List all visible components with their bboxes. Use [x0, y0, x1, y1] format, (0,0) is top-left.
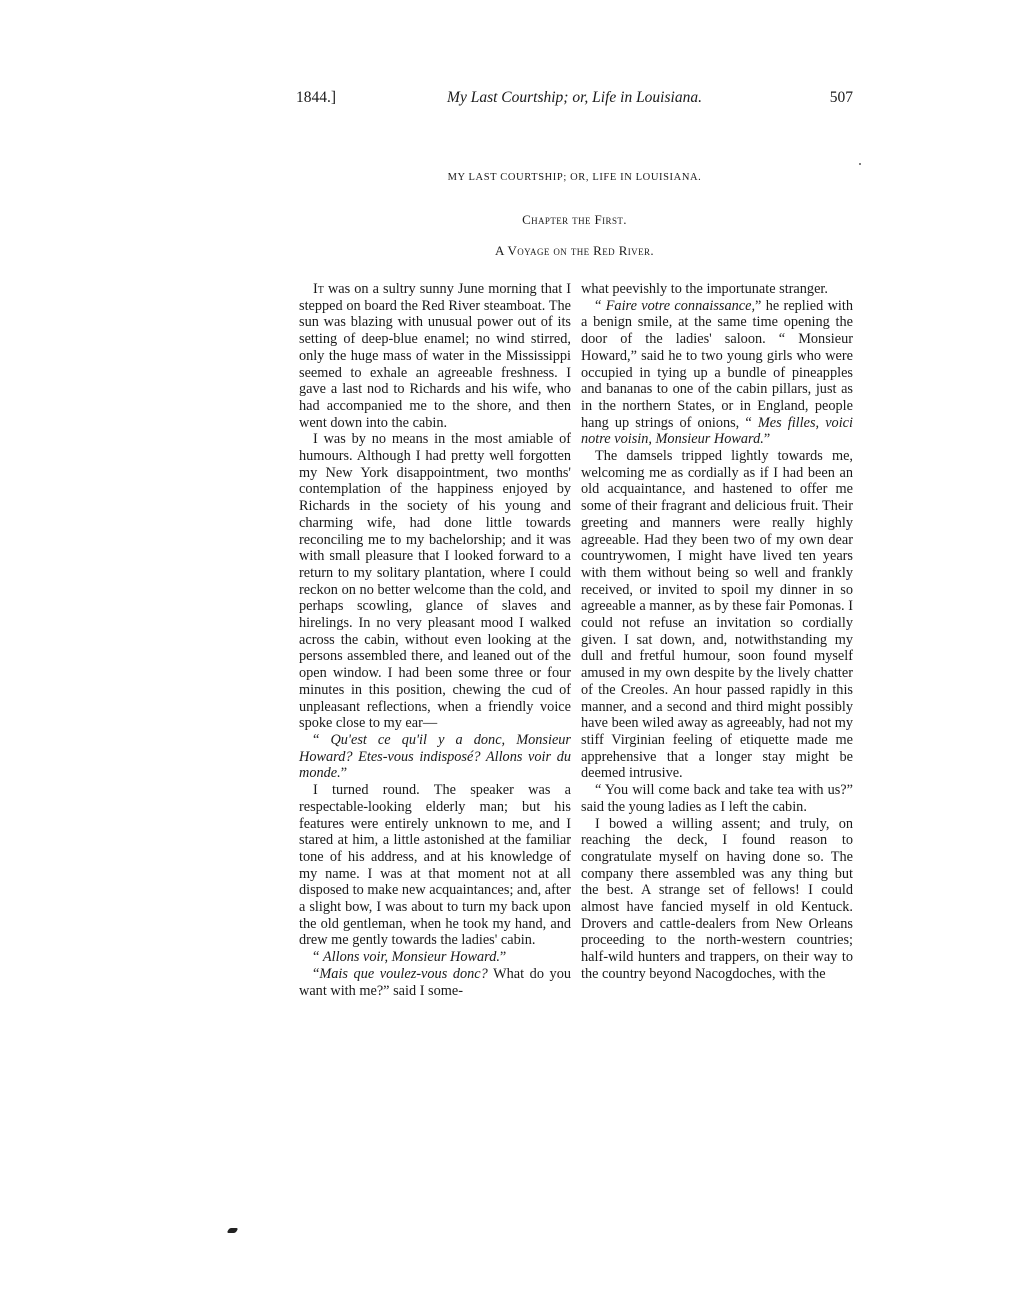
drop-word: It	[313, 281, 324, 297]
paragraph-continuation: what peevishly to the importunate strang…	[581, 281, 853, 298]
scan-mark	[227, 1228, 239, 1233]
paragraph: I bowed a willing assent; and truly, on …	[581, 816, 853, 983]
left-column: It was on a sultry sunny June morning th…	[299, 281, 571, 999]
quoted-french: “ Qu'est ce qu'il y a donc, Monsieur How…	[299, 732, 571, 782]
paragraph: “ You will come back and take tea with u…	[581, 782, 853, 815]
running-head-title: My Last Courtship; or, Life in Louisiana…	[296, 89, 853, 107]
quoted-french: “ Allons voir, Monsieur Howard.”	[299, 949, 571, 966]
page-number: 507	[830, 89, 853, 107]
paragraph: “ Faire votre connaissance,” he replied …	[581, 298, 853, 448]
paragraph: It was on a sultry sunny June morning th…	[299, 281, 571, 431]
right-column: what peevishly to the importunate strang…	[581, 281, 853, 983]
chapter-heading: Chapter the First.	[296, 212, 853, 228]
chapter-subtitle: A Voyage on the Red River.	[296, 243, 853, 259]
paragraph: I turned round. The speaker was a respec…	[299, 782, 571, 949]
paragraph: The damsels tripped lightly towards me, …	[581, 448, 853, 782]
article-title: MY LAST COURTSHIP; OR, LIFE IN LOUISIANA…	[296, 172, 853, 183]
running-head: 1844.] My Last Courtship; or, Life in Lo…	[296, 89, 853, 111]
paragraph: I was by no means in the most amiable of…	[299, 431, 571, 732]
scan-speck	[859, 163, 861, 165]
paragraph: “Mais que voulez-vous donc? What do you …	[299, 966, 571, 999]
